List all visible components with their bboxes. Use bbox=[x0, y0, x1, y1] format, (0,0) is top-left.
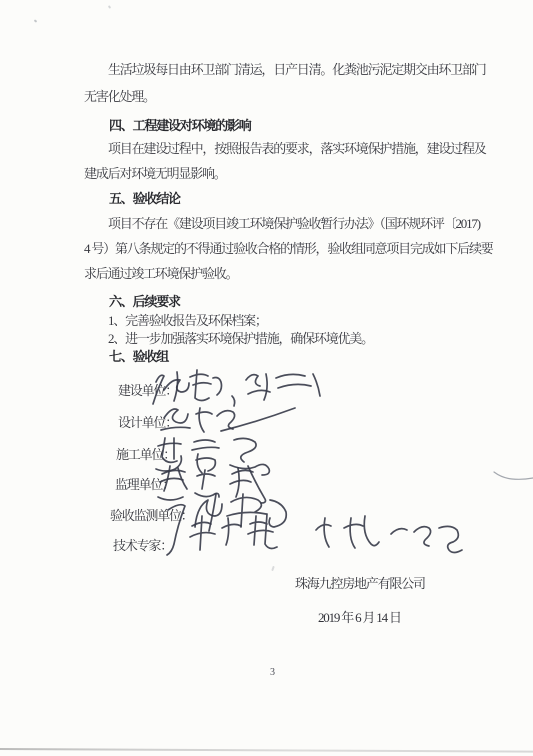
para-sanitation-line2: 无害化处理。 bbox=[84, 89, 155, 105]
section5-line3: 求后通过竣工环境保护验收。 bbox=[84, 266, 237, 282]
scan-speck bbox=[108, 5, 111, 9]
section4-line1: 项目在建设过程中，按照报告表的要求，落实环境保护措施，建设过程及 bbox=[108, 141, 486, 157]
section5-heading: 五、验收结论 bbox=[109, 191, 180, 207]
scan-speck bbox=[271, 566, 275, 571]
section5-line2: 4 号）第八条规定的不得通过验收合格的情形，验收组同意项目完成如下后续要 bbox=[84, 241, 493, 257]
scan-speck bbox=[34, 19, 38, 22]
scanned-document-page: 生活垃圾每日由环卫部门清运，日产日清。化粪池污泥定期交由环卫部门 无害化处理。 … bbox=[0, 0, 533, 756]
section4-line2: 建成后对环境无明显影响。 bbox=[84, 166, 226, 182]
company-name: 珠海九控房地产有限公司 bbox=[295, 576, 425, 592]
page-number: 3 bbox=[270, 665, 275, 681]
section6-heading: 六、后续要求 bbox=[109, 294, 180, 310]
section5-line1: 项目不存在《建设项目竣工环境保护验收暂行办法》（国环规环评〔2017) bbox=[108, 216, 480, 232]
para-sanitation-line1: 生活垃圾每日由环卫部门清运，日产日清。化粪池污泥定期交由环卫部门 bbox=[108, 62, 486, 78]
signature-technical-experts-handwriting bbox=[158, 500, 488, 562]
section6-item1: 1、完善验收报告及环保档案； bbox=[108, 313, 267, 329]
stray-pen-mark bbox=[492, 468, 533, 482]
section6-item2: 2、进一步加强落实环境保护措施，确保环境优美。 bbox=[108, 331, 373, 347]
section7-heading: 七、验收组 bbox=[109, 349, 168, 365]
section4-heading: 四、工程建设对环境的影响 bbox=[109, 118, 251, 134]
document-date: 2019 年 6 月 14 日 bbox=[318, 610, 401, 626]
scan-bottom-edge bbox=[0, 748, 533, 753]
signature-design-unit-handwriting bbox=[155, 400, 300, 438]
